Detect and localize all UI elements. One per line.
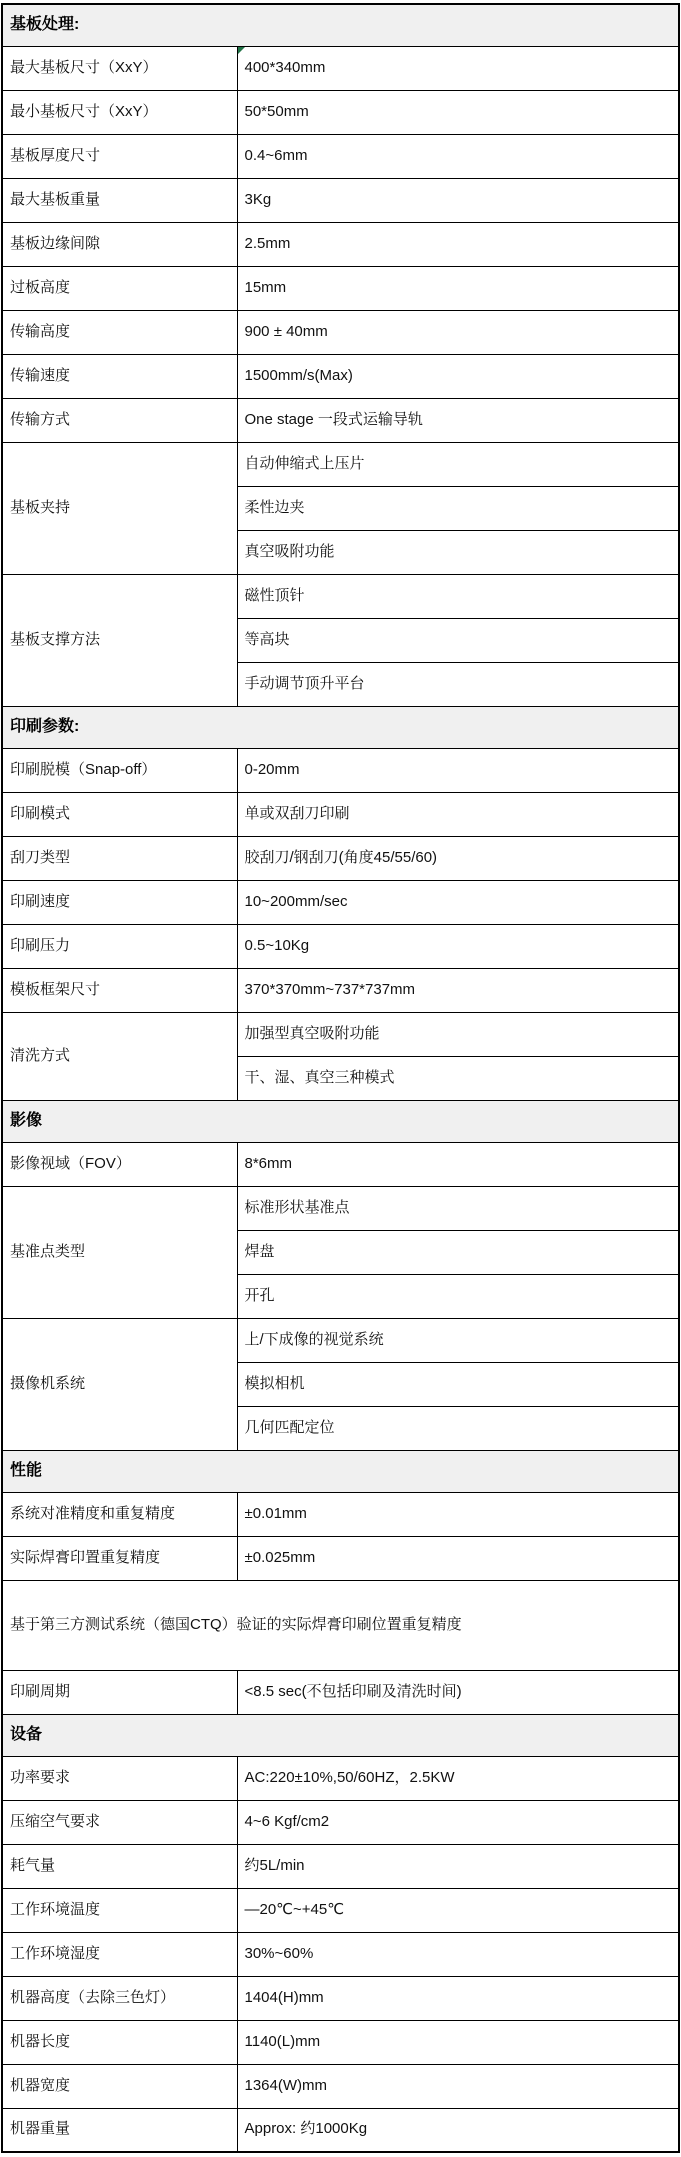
section-header: 设备 [2,1714,679,1756]
table-row: 基板边缘间隙2.5mm [2,222,679,266]
spec-value: 加强型真空吸附功能 [237,1012,679,1056]
section-header: 基板处理: [2,4,679,46]
spec-label: 过板高度 [2,266,237,310]
spec-label: 印刷压力 [2,924,237,968]
spec-value: 胶刮刀/钢刮刀(角度45/55/60) [237,836,679,880]
spec-value: 模拟相机 [237,1362,679,1406]
spec-value-text: AC:220±10%,50/60HZ，2.5KW [245,1769,455,1786]
section-row: 性能 [2,1450,679,1492]
spec-value-text: 上/下成像的视觉系统 [245,1331,384,1348]
spec-value: 干、湿、真空三种模式 [237,1056,679,1100]
table-row: 印刷脱模（Snap-off）0-20mm [2,748,679,792]
table-row: 机器重量Approx: 约1000Kg [2,2108,679,2152]
spec-value-text: 50*50mm [245,103,309,120]
spec-value-text: 1500mm/s(Max) [245,367,353,384]
spec-value-text: 400*340mm [245,59,326,76]
spec-value: 约5L/min [237,1844,679,1888]
spec-value: 0-20mm [237,748,679,792]
table-row: 影像视域（FOV）8*6mm [2,1142,679,1186]
spec-value-text: 15mm [245,279,287,296]
spec-label: 基板厚度尺寸 [2,134,237,178]
spec-value: 1364(W)mm [237,2064,679,2108]
spec-label: 刮刀类型 [2,836,237,880]
spec-value: 焊盘 [237,1230,679,1274]
spec-value-text: 2.5mm [245,235,291,252]
spec-value-text: 柔性边夹 [245,499,305,516]
table-row: 刮刀类型胶刮刀/钢刮刀(角度45/55/60) [2,836,679,880]
spec-label: 印刷速度 [2,880,237,924]
spec-value-text: 0.5~10Kg [245,937,310,954]
spec-value-text: 开孔 [245,1287,275,1304]
spec-label: 摄像机系统 [2,1318,237,1450]
table-row: 基于第三方测试系统（德国CTQ）验证的实际焊膏印刷位置重复精度 [2,1580,679,1670]
spec-value-text: <8.5 sec(不包括印刷及清洗时间) [245,1683,462,1700]
spec-table-body: 基板处理:最大基板尺寸（XxY）400*340mm最小基板尺寸（XxY）50*5… [2,4,679,2152]
spec-value-text: 3Kg [245,191,272,208]
spec-value: 900 ± 40mm [237,310,679,354]
table-row: 基板夹持自动伸缩式上压片 [2,442,679,486]
table-row: 清洗方式加强型真空吸附功能 [2,1012,679,1056]
spec-label: 实际焊膏印置重复精度 [2,1536,237,1580]
table-row: 印刷模式单或双刮刀印刷 [2,792,679,836]
section-header: 性能 [2,1450,679,1492]
spec-value: ±0.01mm [237,1492,679,1536]
spec-value-text: 手动调节顶升平台 [245,675,365,692]
spec-value-text: 1364(W)mm [245,2077,328,2094]
spec-label: 工作环境湿度 [2,1932,237,1976]
spec-value: AC:220±10%,50/60HZ，2.5KW [237,1756,679,1800]
spec-value: 50*50mm [237,90,679,134]
table-row: 摄像机系统上/下成像的视觉系统 [2,1318,679,1362]
spec-value: 2.5mm [237,222,679,266]
spec-value-text: —20℃~+45℃ [245,1901,345,1918]
spec-label: 基板夹持 [2,442,237,574]
spec-value: 1140(L)mm [237,2020,679,2064]
spec-value-text: 标准形状基准点 [245,1199,350,1216]
spec-value-text: 胶刮刀/钢刮刀(角度45/55/60) [245,849,438,866]
section-row: 印刷参数: [2,706,679,748]
table-row: 印刷速度10~200mm/sec [2,880,679,924]
spec-value-text: 加强型真空吸附功能 [245,1025,380,1042]
spec-label: 机器宽度 [2,2064,237,2108]
spec-value: Approx: 约1000Kg [237,2108,679,2152]
spec-label: 清洗方式 [2,1012,237,1100]
spec-label: 系统对准精度和重复精度 [2,1492,237,1536]
spec-value-text: 1404(H)mm [245,1989,324,2006]
spec-value: 0.5~10Kg [237,924,679,968]
comment-marker-icon [238,47,246,55]
spec-value: 单或双刮刀印刷 [237,792,679,836]
spec-label: 耗气量 [2,1844,237,1888]
spec-label: 机器重量 [2,2108,237,2152]
spec-value-text: 焊盘 [245,1243,275,1260]
spec-label: 机器高度（去除三色灯） [2,1976,237,2020]
table-row: 机器宽度1364(W)mm [2,2064,679,2108]
spec-value: 400*340mm [237,46,679,90]
spec-value: 4~6 Kgf/cm2 [237,1800,679,1844]
spec-value-text: 等高块 [245,631,290,648]
spec-label: 压缩空气要求 [2,1800,237,1844]
spec-value: 开孔 [237,1274,679,1318]
table-row: 最大基板尺寸（XxY）400*340mm [2,46,679,90]
table-row: 传输高度900 ± 40mm [2,310,679,354]
section-row: 设备 [2,1714,679,1756]
spec-value: 上/下成像的视觉系统 [237,1318,679,1362]
spec-value-text: 几何匹配定位 [245,1419,335,1436]
spec-label: 影像视域（FOV） [2,1142,237,1186]
section-row: 影像 [2,1100,679,1142]
table-row: 传输方式One stage 一段式运输导轨 [2,398,679,442]
section-header: 印刷参数: [2,706,679,748]
spec-value: 自动伸缩式上压片 [237,442,679,486]
spec-value-text: 0-20mm [245,761,300,778]
table-row: 压缩空气要求4~6 Kgf/cm2 [2,1800,679,1844]
table-row: 过板高度15mm [2,266,679,310]
table-row: 系统对准精度和重复精度±0.01mm [2,1492,679,1536]
spec-label: 机器长度 [2,2020,237,2064]
spec-label: 基准点类型 [2,1186,237,1318]
table-row: 机器高度（去除三色灯）1404(H)mm [2,1976,679,2020]
spec-label: 基板边缘间隙 [2,222,237,266]
spec-label: 最大基板重量 [2,178,237,222]
spec-value-text: 8*6mm [245,1155,293,1172]
table-row: 基板支撑方法磁性顶针 [2,574,679,618]
spec-label: 传输方式 [2,398,237,442]
spec-value-text: 约5L/min [245,1857,305,1874]
spec-value: <8.5 sec(不包括印刷及清洗时间) [237,1670,679,1714]
table-row: 最大基板重量3Kg [2,178,679,222]
spec-value-text: ±0.025mm [245,1549,316,1566]
spec-value-text: 370*370mm~737*737mm [245,981,416,998]
spec-value-text: 真空吸附功能 [245,543,335,560]
spec-value: 370*370mm~737*737mm [237,968,679,1012]
spec-label: 基板支撑方法 [2,574,237,706]
spec-value-text: 干、湿、真空三种模式 [245,1069,395,1086]
table-row: 模板框架尺寸370*370mm~737*737mm [2,968,679,1012]
spec-value: 几何匹配定位 [237,1406,679,1450]
full-width-cell: 基于第三方测试系统（德国CTQ）验证的实际焊膏印刷位置重复精度 [2,1580,679,1670]
spec-label: 功率要求 [2,1756,237,1800]
spec-label: 传输速度 [2,354,237,398]
spec-value: 15mm [237,266,679,310]
table-row: 印刷周期<8.5 sec(不包括印刷及清洗时间) [2,1670,679,1714]
table-row: 耗气量约5L/min [2,1844,679,1888]
spec-table: 基板处理:最大基板尺寸（XxY）400*340mm最小基板尺寸（XxY）50*5… [1,3,680,2153]
spec-value-text: 4~6 Kgf/cm2 [245,1813,330,1830]
table-row: 最小基板尺寸（XxY）50*50mm [2,90,679,134]
spec-value: 0.4~6mm [237,134,679,178]
spec-value: 30%~60% [237,1932,679,1976]
spec-label: 印刷模式 [2,792,237,836]
spec-value-text: 10~200mm/sec [245,893,348,910]
spec-value-text: 30%~60% [245,1945,314,1962]
table-row: 功率要求AC:220±10%,50/60HZ，2.5KW [2,1756,679,1800]
spec-value-text: ±0.01mm [245,1505,307,1522]
spec-value: 等高块 [237,618,679,662]
spec-value: 10~200mm/sec [237,880,679,924]
spec-value: 柔性边夹 [237,486,679,530]
spec-value: 手动调节顶升平台 [237,662,679,706]
table-row: 实际焊膏印置重复精度±0.025mm [2,1536,679,1580]
spec-value: 1500mm/s(Max) [237,354,679,398]
spec-value-text: 900 ± 40mm [245,323,328,340]
spec-value-text: 0.4~6mm [245,147,308,164]
table-row: 印刷压力0.5~10Kg [2,924,679,968]
table-row: 工作环境温度—20℃~+45℃ [2,1888,679,1932]
spec-label: 最小基板尺寸（XxY） [2,90,237,134]
spec-value-text: One stage 一段式运输导轨 [245,411,423,428]
spec-document: 基板处理:最大基板尺寸（XxY）400*340mm最小基板尺寸（XxY）50*5… [1,3,680,2153]
spec-label: 印刷脱模（Snap-off） [2,748,237,792]
table-row: 机器长度1140(L)mm [2,2020,679,2064]
spec-value-text: 模拟相机 [245,1375,305,1392]
spec-value-text: 单或双刮刀印刷 [245,805,350,822]
spec-value: —20℃~+45℃ [237,1888,679,1932]
spec-value: 磁性顶针 [237,574,679,618]
spec-label: 模板框架尺寸 [2,968,237,1012]
table-row: 基准点类型标准形状基准点 [2,1186,679,1230]
spec-value: 1404(H)mm [237,1976,679,2020]
spec-label: 印刷周期 [2,1670,237,1714]
spec-value-text: Approx: 约1000Kg [245,2120,368,2137]
table-row: 工作环境湿度30%~60% [2,1932,679,1976]
spec-value: 真空吸附功能 [237,530,679,574]
spec-value: One stage 一段式运输导轨 [237,398,679,442]
spec-value: 标准形状基准点 [237,1186,679,1230]
table-row: 传输速度1500mm/s(Max) [2,354,679,398]
section-row: 基板处理: [2,4,679,46]
spec-value: 3Kg [237,178,679,222]
spec-label: 工作环境温度 [2,1888,237,1932]
spec-value-text: 磁性顶针 [245,587,305,604]
section-header: 影像 [2,1100,679,1142]
spec-value-text: 1140(L)mm [245,2033,321,2050]
spec-value-text: 自动伸缩式上压片 [245,455,365,472]
spec-value: ±0.025mm [237,1536,679,1580]
spec-label: 最大基板尺寸（XxY） [2,46,237,90]
spec-label: 传输高度 [2,310,237,354]
spec-value: 8*6mm [237,1142,679,1186]
table-row: 基板厚度尺寸0.4~6mm [2,134,679,178]
